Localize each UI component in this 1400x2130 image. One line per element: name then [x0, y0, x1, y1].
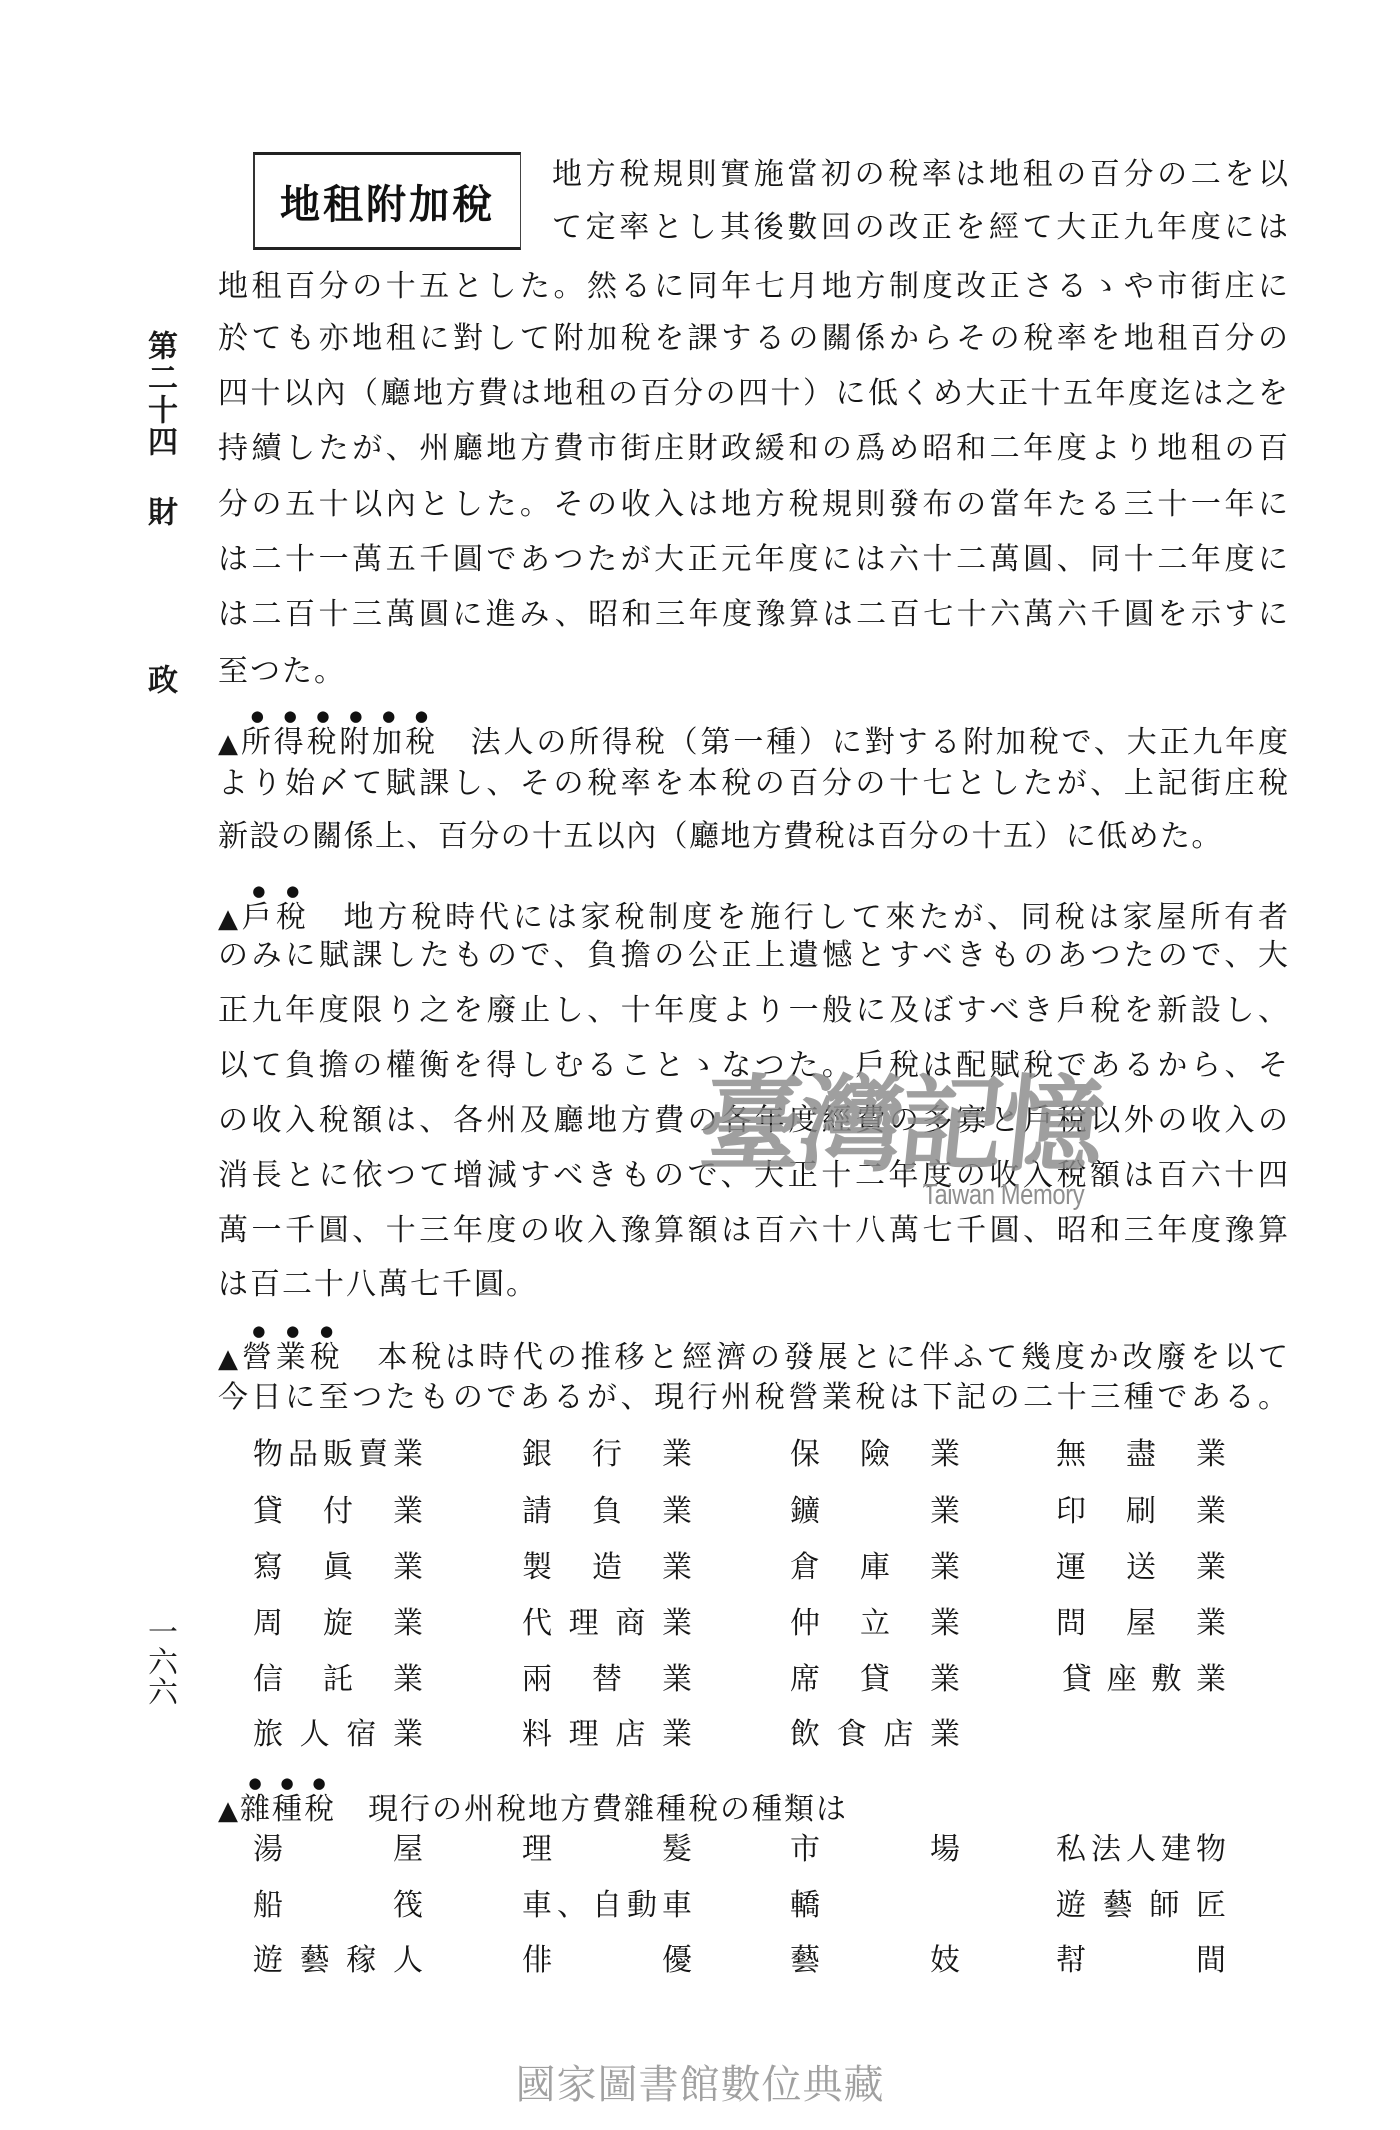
category-cell: 印刷業 [1056, 1492, 1226, 1532]
text-line: 萬一千圓、十三年度の收入豫算額は百六十八萬七千圓、昭和三年度豫算 [218, 1211, 1288, 1251]
text-run: 地方稅時代には家稅制度を施行して來たが、同稅は家屋所有者 [344, 900, 1289, 935]
category-cell: 製造業 [522, 1548, 692, 1588]
chapter-number: 第二十四 [143, 330, 175, 458]
category-cell: 料理店業 [522, 1715, 692, 1755]
category-cell: 倉庫業 [790, 1548, 960, 1588]
category-cell: 貸座敷業 [1062, 1660, 1226, 1700]
text-line: 分の五十以內とした。その收入は地方稅規則發布の當年たる三十一年に [218, 485, 1288, 525]
text-line: 至つた。 [218, 652, 1288, 692]
text-line: 正九年度限り之を廢止し、十年度より一般に及ぼすべき戶稅を新設し、 [218, 991, 1288, 1031]
text-run: 法人の所得稅（第一種）に對する附加稅で、大正九年度 [471, 725, 1288, 760]
category-cell: 請負業 [522, 1492, 692, 1532]
subsection-title: 所得稅附加稅 [241, 725, 438, 760]
category-cell: 寫眞業 [253, 1548, 423, 1588]
text-line: は百二十八萬七千圓。 [218, 1265, 1288, 1305]
subsection-title: 雜種稅 [240, 1792, 336, 1827]
text-line: 持續したが、州廳地方費市街庄財政緩和の爲め昭和二年度より地租の百 [218, 429, 1288, 469]
category-cell: 貸付業 [253, 1492, 423, 1532]
category-cell: 遊藝稼人 [253, 1941, 423, 1981]
watermark-caption: Taiwan Memory [923, 1180, 1084, 1210]
text-line: は二百十三萬圓に進み、昭和三年度豫算は二百七十六萬六千圓を示すに [218, 595, 1288, 635]
text-line: は二十一萬五千圓であつたが大正元年度には六十二萬圓、同十二年度に [218, 540, 1288, 580]
category-cell: 物品販賣業 [253, 1435, 423, 1475]
category-cell: 無盡業 [1056, 1435, 1226, 1475]
text-line: 於ても亦地租に對して附加稅を課するの關係からその稅率を地租百分の [218, 319, 1288, 359]
subsection-first-line: ▲所得稅附加稅 法人の所得稅（第一種）に對する附加稅で、大正九年度 [218, 707, 1288, 747]
category-cell: 幇間 [1056, 1941, 1226, 1981]
category-cell: 轎 [790, 1886, 960, 1926]
text-line: 地租百分の十五とした。然るに同年七月地方制度改正さるゝや市街庄に [218, 267, 1288, 307]
subsection-first-line: ▲雜種稅 現行の州稅地方費雜種稅の種類は [218, 1774, 1288, 1814]
scanned-book-page: 第二十四 財 政 一六六 地租附加稅 地方稅規則實施當初の稅率は地租の百分の二を… [0, 0, 1400, 2130]
text-line: 今日に至つたものであるが、現行州稅營業稅は下記の二十三種である。 [218, 1378, 1288, 1418]
section-heading-box: 地租附加稅 [253, 152, 521, 250]
subsection-first-line: ▲營業稅 本稅は時代の推移と經濟の發展とに伴ふて幾度か改廢を以て [218, 1322, 1288, 1362]
text-line: て定率とし其後數回の改正を經て大正九年度には [552, 208, 1288, 248]
page-number: 一六六 [143, 1616, 175, 1706]
triangle-marker-icon: ▲ [218, 1796, 240, 1826]
triangle-marker-icon: ▲ [218, 1344, 242, 1374]
category-cell: 仲立業 [790, 1604, 960, 1644]
category-cell: 俳優 [522, 1941, 692, 1981]
category-cell: 保險業 [790, 1435, 960, 1475]
section-heading: 地租附加稅 [280, 173, 495, 230]
category-cell: 銀行業 [522, 1435, 692, 1475]
text-line: のみに賦課したもので、負擔の公正上遺憾とすべきものあつたので、大 [218, 936, 1288, 976]
subsection-title: 戶稅 [242, 900, 310, 935]
text-line: 四十以內（廳地方費は地租の百分の四十）に低くめ大正十五年度迄は之を [218, 374, 1288, 414]
category-cell: 代理商業 [522, 1604, 692, 1644]
chapter-title-char-2: 政 [143, 664, 175, 694]
triangle-marker-icon: ▲ [218, 904, 242, 934]
category-cell: 市場 [790, 1830, 960, 1870]
text-run: 現行の州稅地方費雜種稅の種類は [368, 1792, 848, 1827]
category-cell: 旅人宿業 [253, 1715, 423, 1755]
category-cell: 飲食店業 [790, 1715, 960, 1755]
category-cell: 周旋業 [253, 1604, 423, 1644]
category-cell: 運送業 [1056, 1548, 1226, 1588]
subsection-title: 營業稅 [242, 1340, 344, 1375]
category-cell: 信託業 [253, 1660, 423, 1700]
category-cell: 船筏 [253, 1886, 423, 1926]
category-cell: 理髮 [522, 1830, 692, 1870]
chapter-title-char-1: 財 [143, 496, 175, 526]
text-line: 地方稅規則實施當初の稅率は地租の百分の二を以 [552, 155, 1288, 195]
text-run: 本稅は時代の推移と經濟の發展とに伴ふて幾度か改廢を以て [377, 1340, 1288, 1375]
category-cell: 車、自動車 [522, 1886, 692, 1926]
category-cell: 鑛業 [790, 1492, 960, 1532]
subsection-first-line: ▲戶稅 地方稅時代には家稅制度を施行して來たが、同稅は家屋所有者 [218, 882, 1288, 922]
text-line: より始〆て賦課し、その稅率を本稅の百分の十七としたが、上記街庄稅 [218, 764, 1288, 804]
category-cell: 藝妓 [790, 1941, 960, 1981]
category-cell: 湯屋 [253, 1830, 423, 1870]
collection-footer: 國家圖書館數位典藏 [0, 2062, 1400, 2108]
category-cell: 問屋業 [1056, 1604, 1226, 1644]
text-line: 新設の關係上、百分の十五以內（廳地方費稅は百分の十五）に低めた。 [218, 817, 1288, 857]
watermark-logo: 臺灣記憶 [694, 1066, 1106, 1184]
category-cell: 兩替業 [522, 1660, 692, 1700]
triangle-marker-icon: ▲ [218, 729, 241, 759]
category-cell: 席貸業 [790, 1660, 960, 1700]
category-cell: 遊藝師匠 [1056, 1886, 1226, 1926]
category-cell: 私法人建物 [1056, 1830, 1226, 1870]
